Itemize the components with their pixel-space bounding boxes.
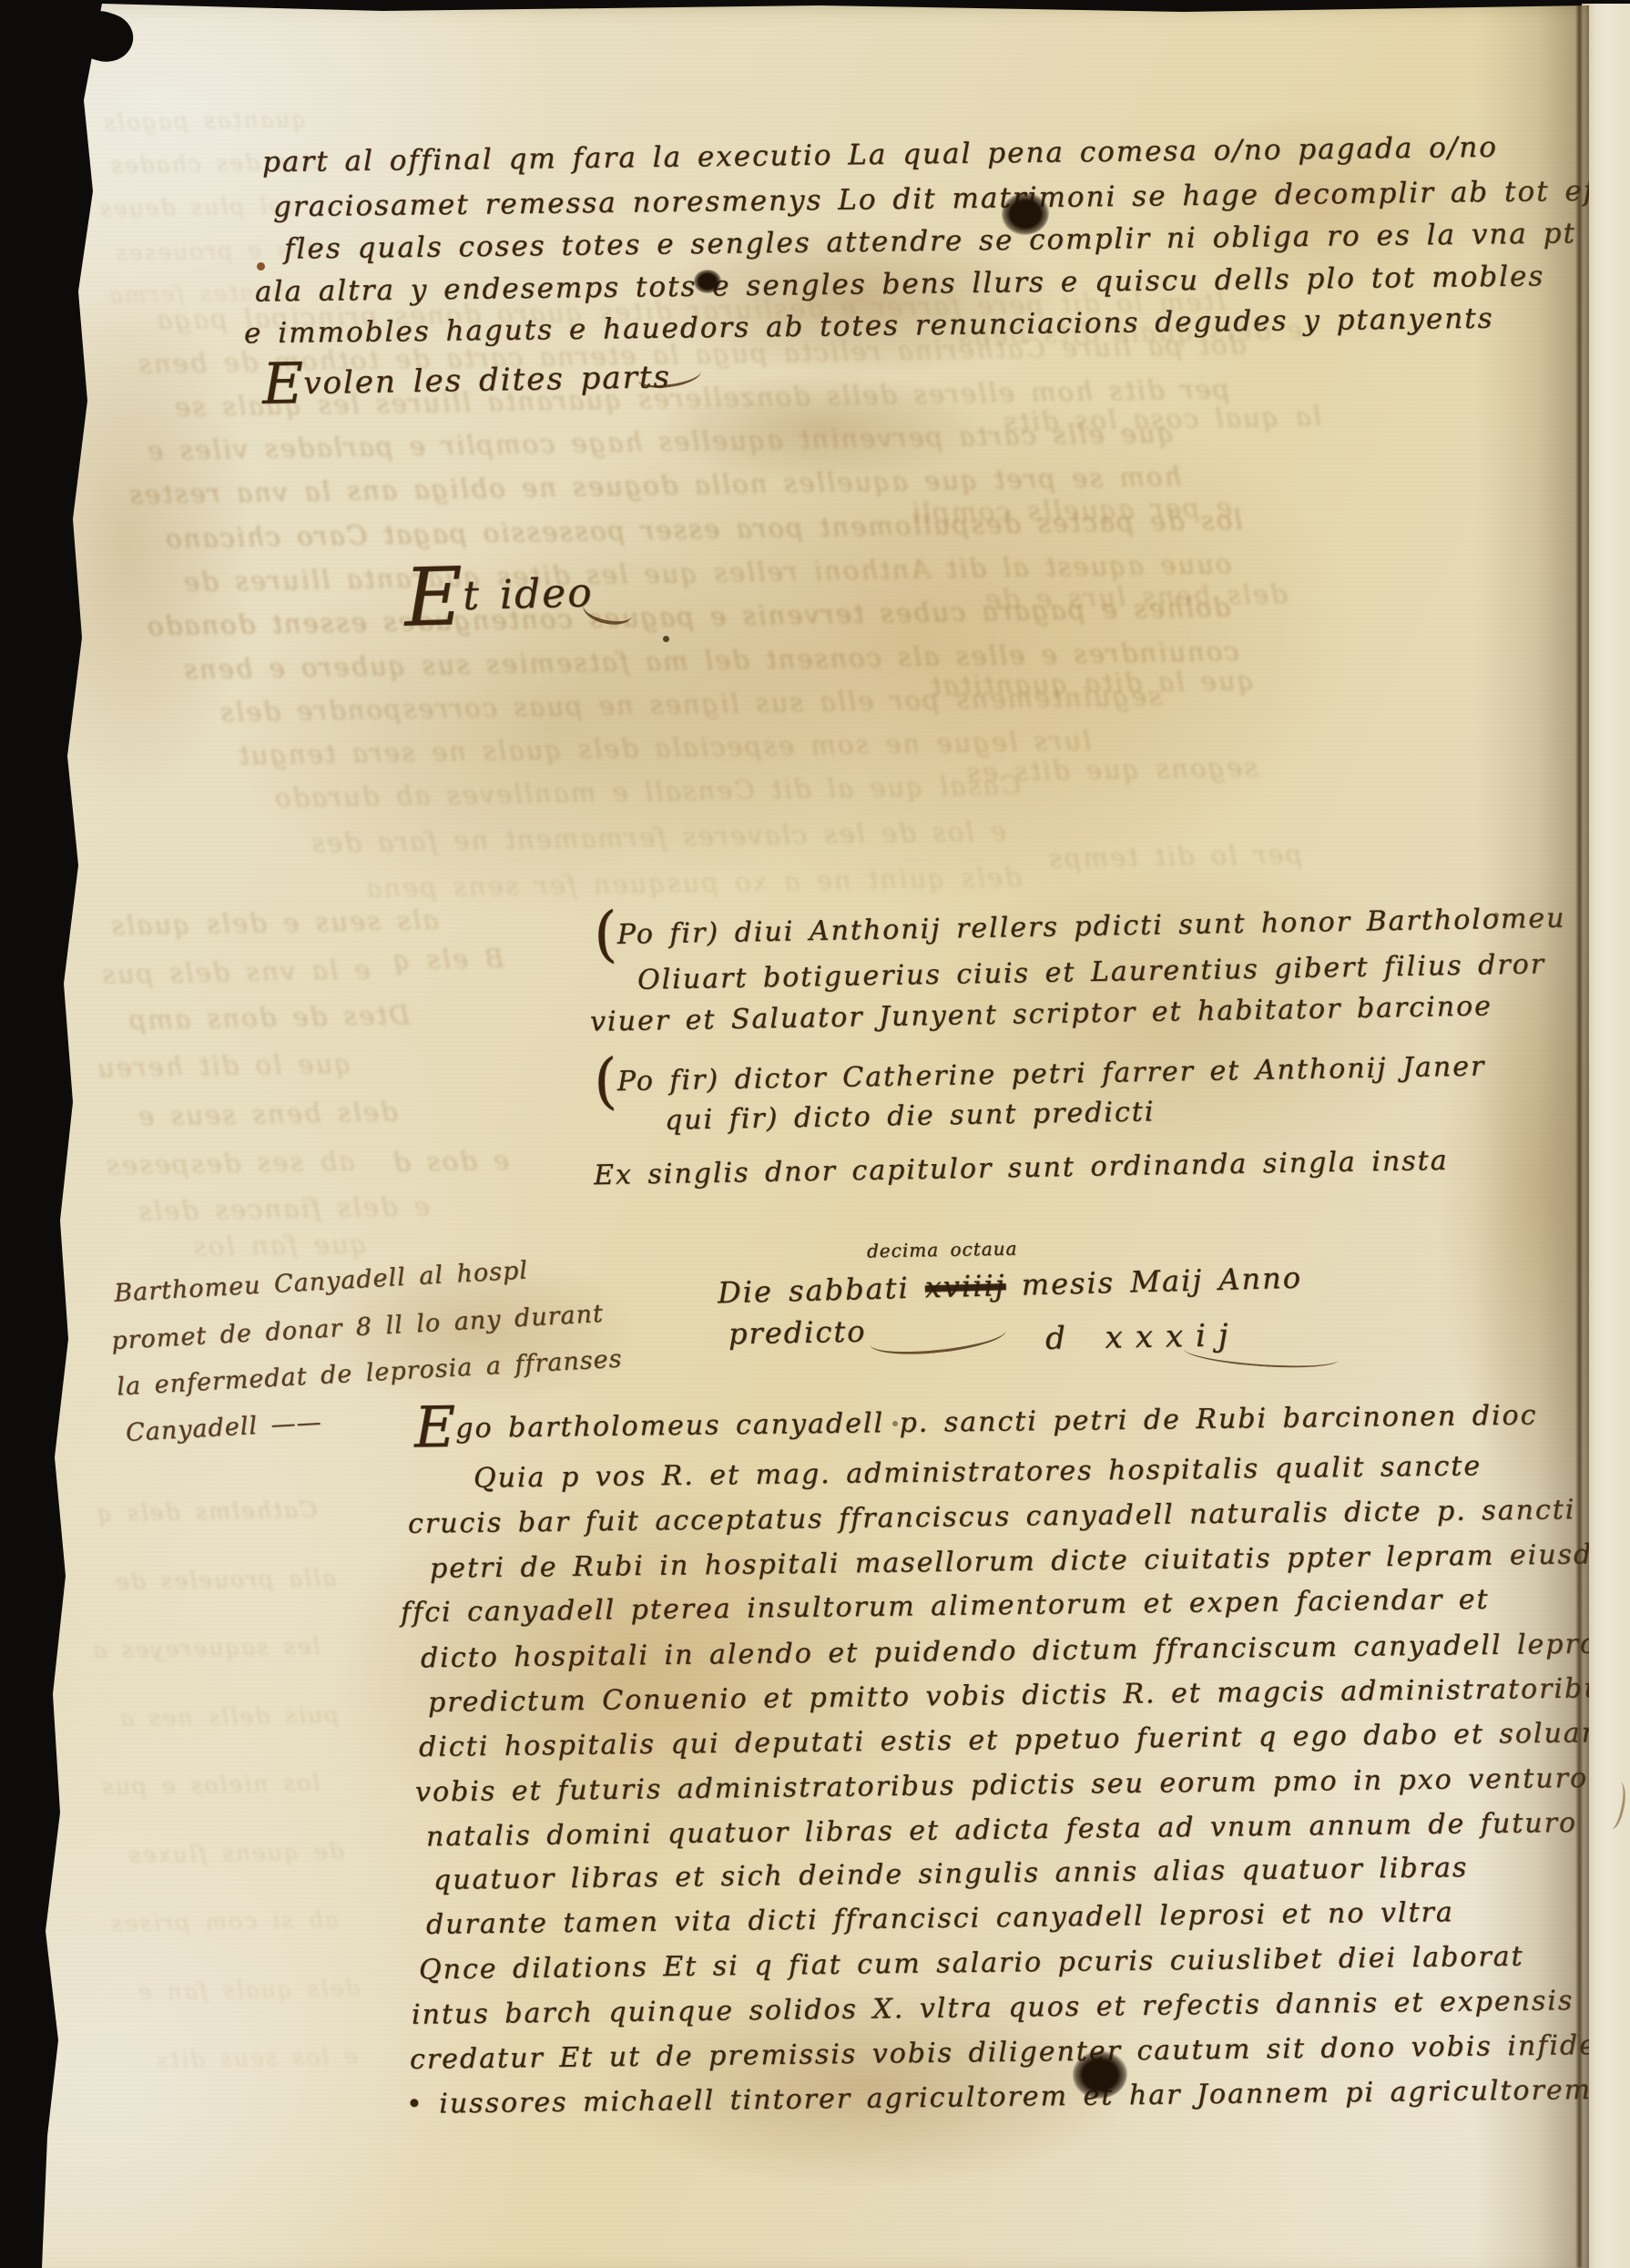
volen-text: volen les dites parts xyxy=(303,359,671,402)
body-line: natalis domini quatuor libras et adicta … xyxy=(426,1806,1630,1854)
facing-page-ink-mark xyxy=(1602,1780,1630,1830)
margin-note-line: Barthomeu Canyadell al hospl xyxy=(113,1256,528,1307)
body-line: predictum Conuenio et pmitto vobis dicti… xyxy=(428,1672,1619,1719)
verso-bleed-line: lurs legue ne som especiala dels quals n… xyxy=(237,725,1092,771)
verso-bleed-line: puis dells nes a xyxy=(118,1701,340,1732)
verso-bleed-line: ab ses despeses xyxy=(105,1146,355,1181)
initial-letter: E xyxy=(403,549,464,645)
et-ideo-line: Et ideo xyxy=(403,569,594,620)
witness-text: diui Anthonij rellers pdicti sunt honor … xyxy=(719,903,1566,949)
verso-bleed-line: que fan los xyxy=(191,1228,368,1262)
witness-line: qui fir) dicto die sunt predicti xyxy=(665,1096,1156,1136)
date-pre: Die sabbati xyxy=(718,1270,926,1310)
verso-bleed-line: e dels fiances dels xyxy=(137,1190,430,1227)
verso-bleed-line: les saquereyes a xyxy=(91,1633,321,1663)
opening-line: fles quals coses totes e sengles attendr… xyxy=(284,217,1576,265)
verso-bleed-line: sol plus deues xyxy=(98,192,297,222)
volen-line: Evolen les dites parts xyxy=(262,359,672,403)
body-line: Qnce dilations Et si q fiat cum salario … xyxy=(419,1941,1524,1987)
witness-line: (Po fir) diui Anthonij rellers pdicti su… xyxy=(594,903,1566,952)
verso-bleed-line: dels bens seus e xyxy=(137,1097,398,1132)
witness-line: Oliuart botiguerius ciuis et Laurentius … xyxy=(637,948,1546,996)
verso-bleed-line: ab si com prises xyxy=(109,1906,339,1936)
verso-bleed-line: dels bens lurs e de xyxy=(983,578,1288,615)
witness-abbr: Po fir) xyxy=(617,917,720,951)
verso-bleed-line: e los seus dits xyxy=(155,2043,358,2073)
verso-bleed-line: que la dita quantitat xyxy=(929,665,1255,701)
body-line: intus barch quinque solidos X. vltra quo… xyxy=(412,1985,1574,2031)
paragraph-bracket: ( xyxy=(593,899,617,969)
ink-speck xyxy=(892,1421,898,1426)
body-line: ffci canyadell pterea insultorum aliment… xyxy=(401,1584,1490,1629)
body-line: crucis bar fuit acceptatus ffranciscus c… xyxy=(408,1494,1576,1540)
initial-letter: E xyxy=(261,350,304,417)
witness-line: Ex singlis dnor capitulor sunt ordinanda… xyxy=(594,1145,1449,1191)
rust-speck xyxy=(257,262,265,271)
opening-line: graciosamet remessa noresmenys Lo dit ma… xyxy=(273,174,1630,224)
body-line: Quia p vos R. et mag. administratores ho… xyxy=(474,1450,1482,1495)
verso-bleed-line: segons que dits es xyxy=(965,751,1258,788)
body-line: dicto hospitali in alendo et puidendo di… xyxy=(421,1628,1630,1675)
pen-flourish xyxy=(869,1315,1008,1359)
body-text: go bartholomeus canyadell p. sancti petr… xyxy=(455,1399,1538,1445)
photograph-background: Item lo dit pere farrer e desliurar dite… xyxy=(0,0,1630,2268)
struck-date: xviiij xyxy=(924,1268,1006,1304)
body-line: quatuor libras et sich deinde singulis a… xyxy=(433,1852,1469,1896)
body-line: durante tamen vita dicti ffrancisci cany… xyxy=(426,1896,1454,1941)
margin-note-line: Canyadell —— xyxy=(125,1408,322,1447)
date-interline: decima octaua xyxy=(867,1238,1018,1262)
manuscript-page: Item lo dit pere farrer e desliurar dite… xyxy=(0,0,1589,2268)
verso-bleed-line: B els q xyxy=(392,943,504,976)
witness-line: viuer et Saluator Junyent scriptor et ha… xyxy=(590,990,1492,1037)
verso-bleed-line: Casal que al dit Censall e manlleves ab … xyxy=(273,770,1021,813)
initial-letter: E xyxy=(414,1394,456,1461)
margin-note-line: la enfermedat de leprosia a ffranses xyxy=(117,1345,624,1402)
verso-bleed-line: e dos d xyxy=(392,1145,510,1178)
body-line: petri de Rubi in hospitali masellorum di… xyxy=(430,1538,1611,1585)
body-line: • iussores michaell tintorer agricultore… xyxy=(406,2074,1592,2120)
gutter-shadow xyxy=(1475,0,1589,2268)
date-line: Die sabbati xviiij mesis Maij Anno xyxy=(718,1261,1303,1311)
verso-bleed-line: dels quals fan e xyxy=(137,1975,361,2005)
date-post: mesis Maij Anno xyxy=(1005,1261,1302,1303)
verso-bleed-line: la qual cosa los dits xyxy=(1002,401,1322,437)
margin-note-line: promet de donar 8 ll lo any durant xyxy=(111,1300,605,1355)
verso-bleed-line: e los de les claveres fermament ne fara … xyxy=(310,815,1006,858)
verso-bleed-line: dels quint ne a xo pusquen fer sens pena xyxy=(364,862,1022,904)
verso-bleed-line: alla proueles de xyxy=(114,1565,336,1595)
et-ideo-text: t ideo xyxy=(463,569,595,619)
date-line-2: predicto xyxy=(728,1314,867,1352)
verso-bleed-line: que lo dit hereu xyxy=(96,1048,351,1084)
ink-speck xyxy=(1493,913,1499,918)
ink-speck xyxy=(663,636,669,642)
witness-line: (Po fir) dictor Catherine petri farrer e… xyxy=(594,1050,1486,1098)
verso-bleed-line: los nielos e pus xyxy=(100,1770,321,1800)
verso-bleed-line: per lo dit temps xyxy=(1047,839,1303,874)
paragraph-bracket: ( xyxy=(593,1046,617,1116)
verso-bleed-line: als seus e dels quals xyxy=(109,904,439,941)
body-line: dicti hospitalis qui deputati estis et p… xyxy=(419,1717,1610,1763)
opening-line: part al offinal qm fara la executio La q… xyxy=(262,131,1498,179)
pen-flourish xyxy=(1183,1337,1339,1372)
verso-bleed-line: de quens fluxes xyxy=(127,1838,344,1868)
verso-bleed-line: e la vns dels pus xyxy=(100,954,371,989)
body-line: Ego bartholomeus canyadell p. sancti pet… xyxy=(414,1399,1538,1445)
verso-bleed-line: Dtes de dons amp xyxy=(127,999,411,1035)
verso-bleed-line: e per aquells compli xyxy=(911,492,1232,528)
witness-abbr: Po fir) xyxy=(617,1064,720,1098)
witness-text: dictor Catherine petri farrer et Anthoni… xyxy=(719,1050,1486,1096)
verso-bleed-line: Cathelms dels q xyxy=(96,1497,318,1527)
body-line: vobis et futuris administratoribus pdict… xyxy=(415,1762,1630,1809)
body-line: credatur Et ut de premissis vobis dilige… xyxy=(410,2029,1597,2076)
gutter-crease xyxy=(1577,0,1582,2268)
verso-bleed-line: quantas pagols xyxy=(102,106,307,136)
